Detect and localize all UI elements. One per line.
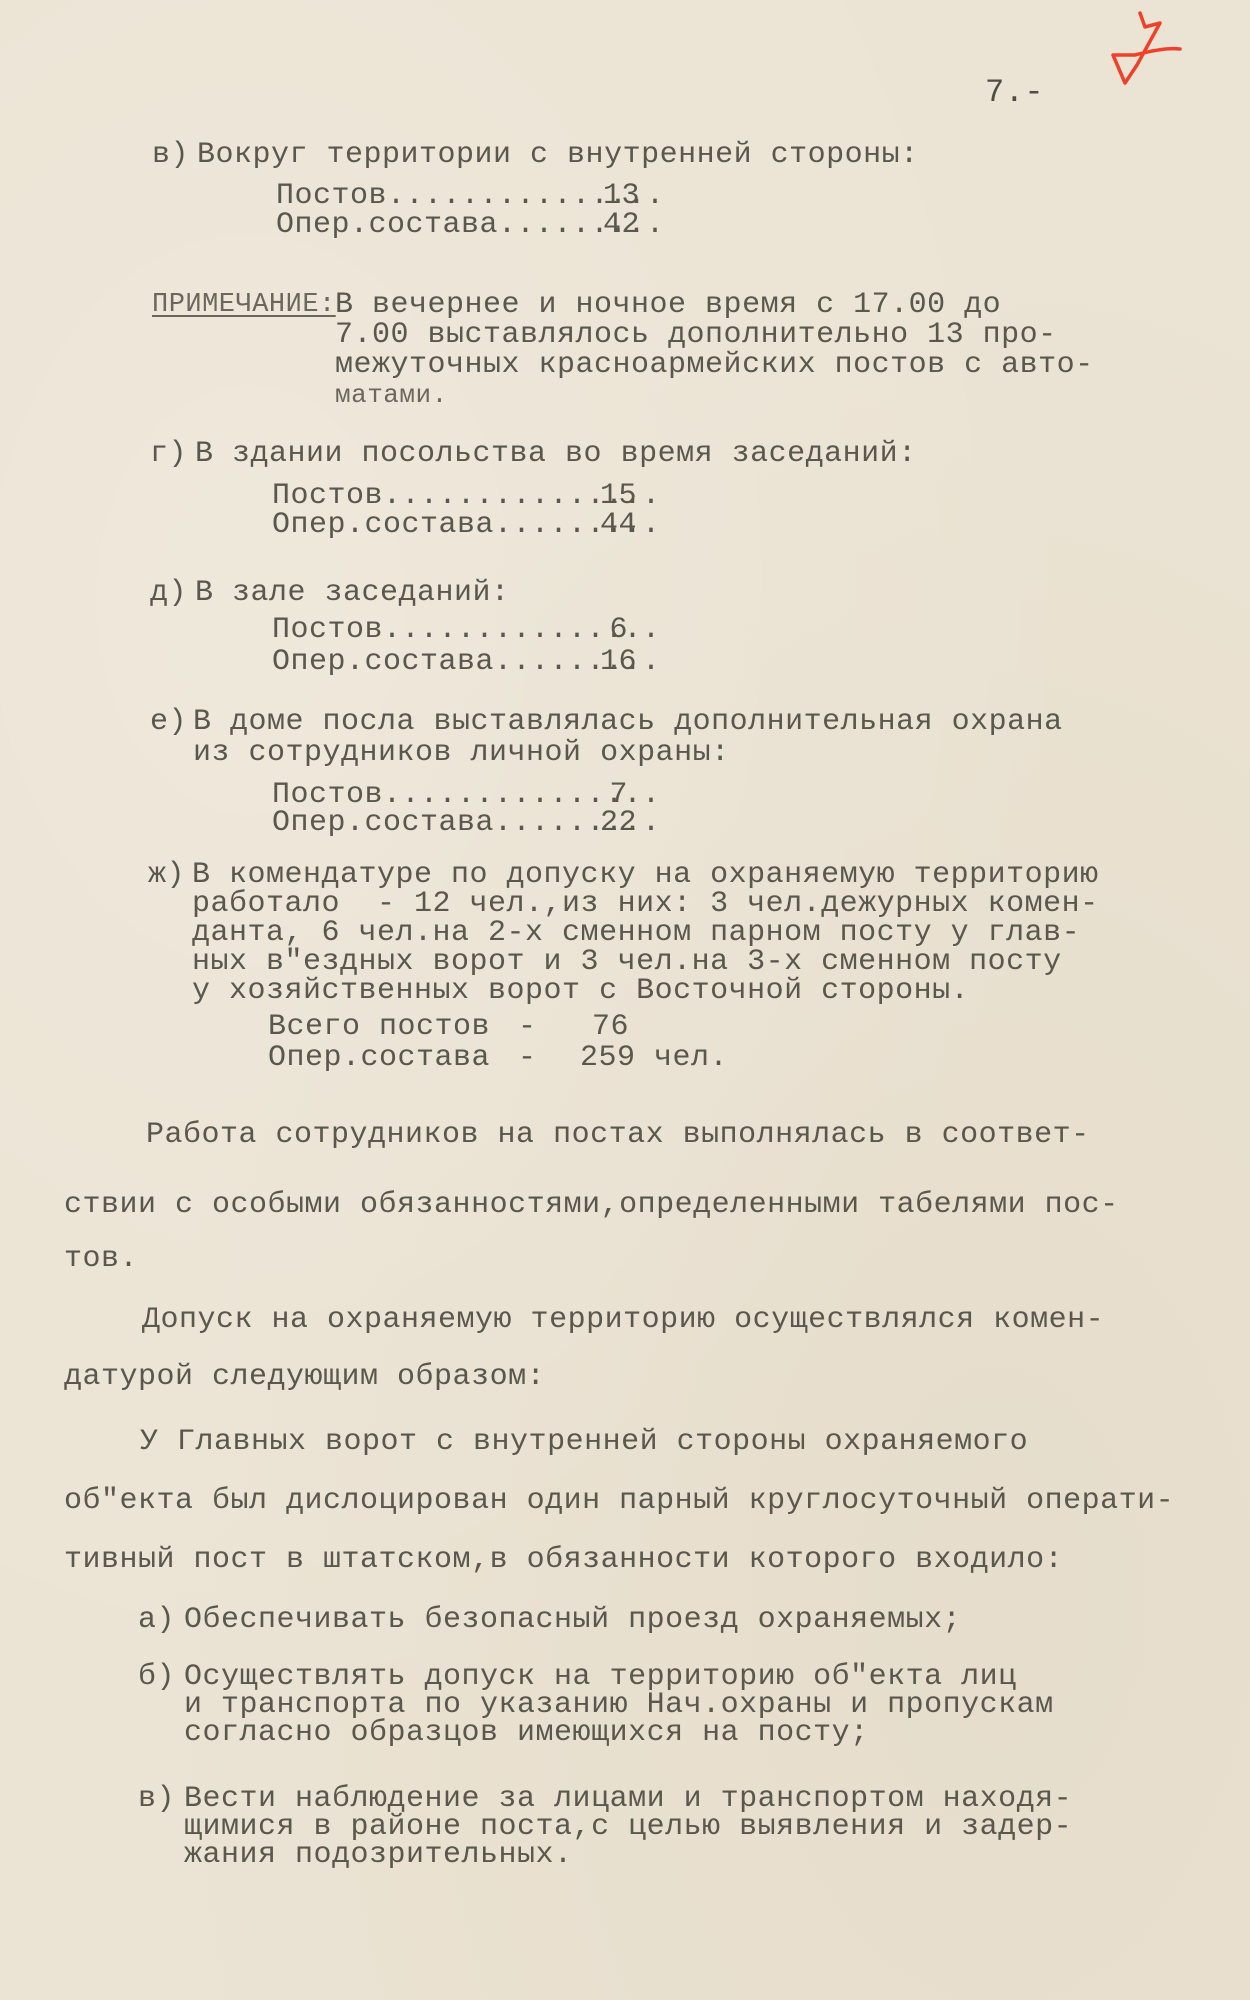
section-g-marker: г) xyxy=(150,439,187,469)
note-line-1: В вечернее и ночное время с 17.00 до xyxy=(335,290,1001,320)
gates-paragraph-line-2: об"екта был дислоцирован один парный кру… xyxy=(64,1486,1174,1516)
section-e-marker: е) xyxy=(150,707,187,737)
section-zh-marker: ж) xyxy=(148,860,185,890)
section-d-title: В зале заседаний: xyxy=(195,578,510,608)
duty-b-marker: б) xyxy=(138,1662,175,1692)
section-e-line-1: В доме посла выставлялась дополнительная… xyxy=(193,707,1063,737)
work-paragraph-line-3: тов. xyxy=(64,1244,138,1274)
work-paragraph-line-1: Работа сотрудников на постах выполнялась… xyxy=(146,1120,1090,1150)
section-e-staff-value: 22 xyxy=(600,808,637,838)
section-e-line-2: из сотрудников личной охраны: xyxy=(193,738,730,768)
section-zh-line-1: В комендатуре по допуску на охраняемую т… xyxy=(192,860,1099,890)
work-paragraph-line-2: ствии с особыми обязанностями,определенн… xyxy=(64,1190,1119,1220)
duty-a-marker: а) xyxy=(138,1605,175,1635)
duty-b-line-3: согласно образцов имеющихся на посту; xyxy=(184,1718,869,1748)
section-d-marker: д) xyxy=(150,578,187,608)
gates-paragraph-line-1: У Главных ворот с внутренней стороны охр… xyxy=(140,1427,1028,1457)
section-d-posts-value: 6 xyxy=(600,615,628,645)
section-g-title: В здании посольства во время заседаний: xyxy=(195,439,917,469)
access-paragraph-line-2: датурой следующим образом: xyxy=(64,1362,545,1392)
section-g-staff-value: 44 xyxy=(600,510,637,540)
document-page: 7.- в) Вокруг территории с внутренней ст… xyxy=(0,0,1250,2000)
section-zh-line-2: работало - 12 чел.,из них: 3 чел.дежурны… xyxy=(192,889,1099,919)
total-staff-value: 259 чел. xyxy=(580,1043,728,1073)
total-staff-label: Опер.состава xyxy=(268,1043,490,1073)
section-zh-line-5: у хозяйственных ворот с Восточной сторон… xyxy=(192,976,969,1006)
access-paragraph-line-1: Допуск на охраняемую территорию осуществ… xyxy=(142,1305,1104,1335)
note-line-4: матами. xyxy=(335,380,448,410)
section-zh-line-3: данта, 6 чел.на 2-х сменном парном посту… xyxy=(192,918,1080,948)
total-posts-dash: - xyxy=(518,1012,537,1042)
section-d-staff-value: 16 xyxy=(600,647,637,677)
section-v-posts-value: 13 xyxy=(603,181,640,211)
total-posts-label: Всего постов xyxy=(268,1012,490,1042)
total-posts-value: 76 xyxy=(592,1012,629,1042)
note-label: ПРИМЕЧАНИЕ: xyxy=(152,290,336,320)
duty-v-marker: в) xyxy=(138,1784,175,1814)
page-number: 7.- xyxy=(985,78,1044,108)
section-v-marker: в) xyxy=(152,140,189,170)
section-v-staff-value: 42 xyxy=(603,210,640,240)
total-staff-dash: - xyxy=(518,1043,537,1073)
section-zh-line-4: ных в"ездных ворот и 3 чел.на 3-х сменно… xyxy=(192,947,1062,977)
note-line-3: межуточных красноармейских постов с авто… xyxy=(335,350,1094,380)
note-line-2: 7.00 выставлялось дополнительно 13 про- xyxy=(335,320,1057,350)
gates-paragraph-line-3: тивный пост в штатском,в обязанности кот… xyxy=(64,1545,1063,1575)
duty-v-line-3: жания подозрительных. xyxy=(184,1840,573,1870)
section-g-posts-value: 15 xyxy=(600,481,637,511)
handwritten-page-number-mark xyxy=(1095,5,1185,90)
duty-a-line-1: Обеспечивать безопасный проезд охраняемы… xyxy=(184,1605,961,1635)
section-v-title: Вокруг территории с внутренней стороны: xyxy=(197,140,919,170)
